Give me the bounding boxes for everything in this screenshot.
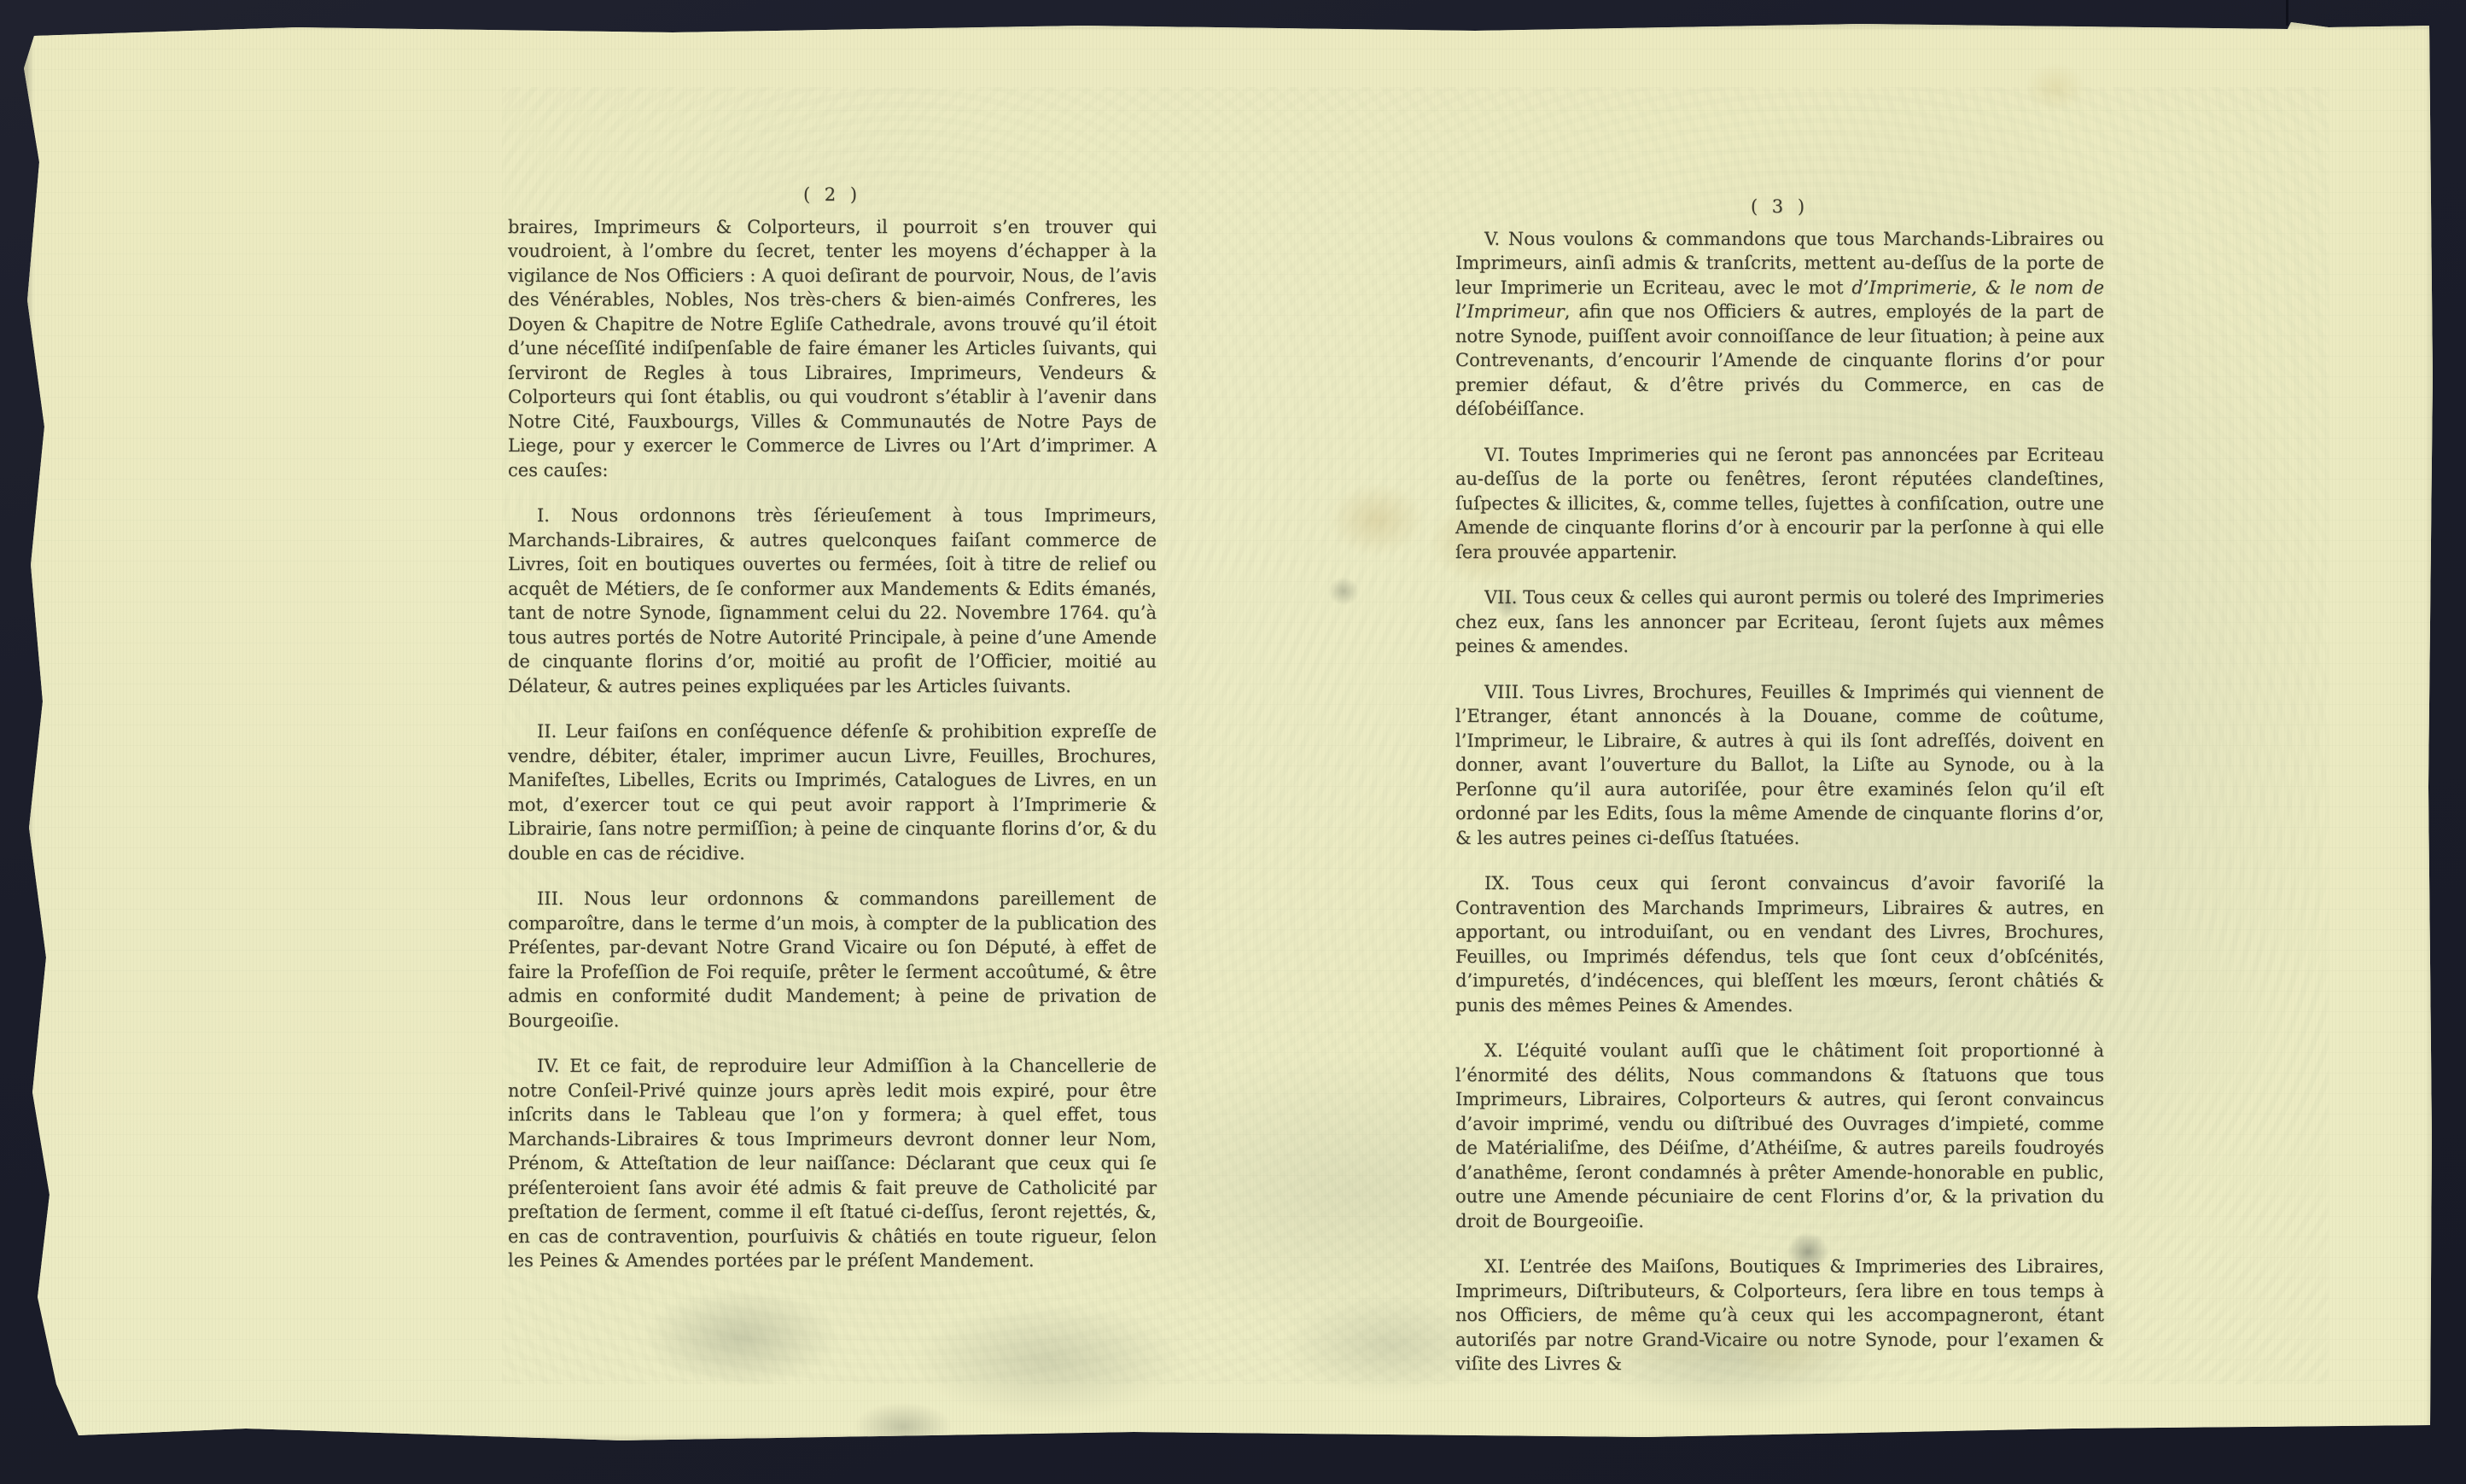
page-3-number: ( 3 ) [1455, 195, 2104, 219]
article-vii: VII. Tous ceux & celles qui auront permi… [1455, 585, 2104, 659]
article-viii: VIII. Tous Livres, Brochures, Feuilles &… [1455, 680, 2104, 851]
page-2: ( 2 ) braires, Imprimeurs & Colporteurs,… [508, 183, 1157, 1295]
article-xi: XI. L’entrée des Maiſons, Boutiques & Im… [1455, 1254, 2104, 1376]
article-ix: IX. Tous ceux qui ſeront convaincus d’av… [1455, 871, 2104, 1017]
paragraph-continuation: braires, Imprimeurs & Colporteurs, il po… [508, 215, 1157, 483]
article-i: I. Nous ordonnons très ſérieuſement à to… [508, 503, 1157, 698]
article-v: V. Nous voulons & commandons que tous Ma… [1455, 227, 2104, 422]
article-iii: III. Nous leur ordonnons & commandons pa… [508, 887, 1157, 1033]
foot-smudge [792, 1376, 1014, 1478]
scan-thread-artifact [2286, 0, 2288, 26]
document-sheet: ( 2 ) braires, Imprimeurs & Colporteurs,… [24, 19, 2433, 1442]
scan-background: ( 2 ) braires, Imprimeurs & Colporteurs,… [0, 0, 2466, 1484]
article-vi: VI. Toutes Imprimeries qui ne ſeront pas… [1455, 443, 2104, 565]
article-iv: IV. Et ce fait, de reproduire leur Admiſ… [508, 1054, 1157, 1273]
article-x: X. L’équité voulant auſſi que le châtime… [1455, 1039, 2104, 1233]
page-3: ( 3 ) V. Nous voulons & commandons que t… [1455, 195, 2104, 1398]
page-2-number: ( 2 ) [508, 183, 1157, 207]
article-ii: II. Leur faiſons en conſéquence défenſe … [508, 719, 1157, 865]
top-right-stain [1987, 36, 2124, 138]
